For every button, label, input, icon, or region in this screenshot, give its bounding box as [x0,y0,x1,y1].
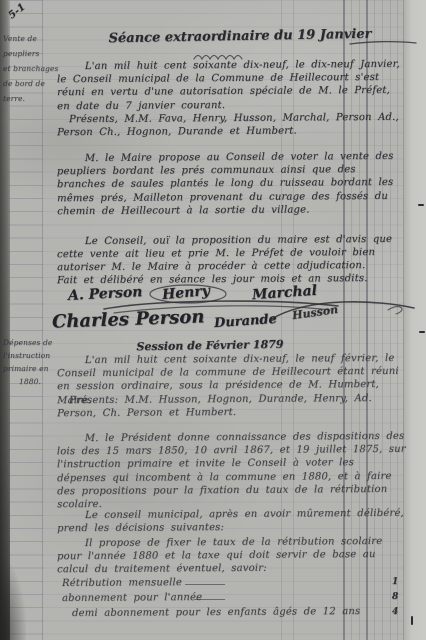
margin-note-line: de bord de terre. [3,76,59,106]
session1-title: Séance extraordinaire du 19 Janvier [100,27,380,47]
margin-note-line: Vente de peupliers [3,31,59,61]
session1-paragraph-opening: L'an mil huit cent soixante dix-neuf, le… [57,58,404,113]
tariff-row-amount: 8 [392,592,398,602]
manuscript-page-scan: 5-1 Vente de peupliers et branchages de … [0,0,426,640]
session1-paragraph-decision: Le Conseil, ouï la proposition du maire … [57,233,407,275]
margin-note-line: et branchages [3,61,59,76]
signature-durande: Durande [214,312,278,331]
signature-henry: Henry [161,283,210,303]
session1-paragraph-proposal: M. le Maire propose au Conseil de voter … [57,150,404,218]
edge-ink-mark [411,616,413,625]
leader-dash [185,584,225,585]
margin-note-line: 1880. [3,375,57,388]
margin-note-line: primaire en [3,362,57,375]
edge-ink-mark [418,204,424,206]
edge-ink-mark [419,331,425,333]
signature-charles-person: Charles Person [52,306,205,332]
tariff-row-amount: 4 [392,607,398,617]
tariff-row-label: abonnement pour l'année [62,590,342,605]
session1-paragraph-present: Présents, M.M. Fava, Henry, Husson, Marc… [57,111,404,140]
margin-note-line: Dépenses de [3,336,57,349]
tariff-row-label: Rétribution mensuelle [62,575,342,590]
session2-paragraph-deliberation: Le conseil municipal, après en avoir mûr… [57,507,404,536]
bottom-left-shadow [0,560,26,640]
tariff-row-label: demi abonnement pour les enfants âgés de… [72,605,362,620]
session2-paragraph-proposal: Il propose de fixer le taux de la rétrib… [57,535,407,577]
leader-dash [195,599,225,600]
session2-paragraph-present: Présents: M.M. Husson, Hognon, Durande, … [57,392,404,421]
margin-note-schooling: Dépenses de l'instruction primaire en 18… [3,336,57,388]
session2-paragraph-laws: M. le Président donne connaissance des d… [57,430,408,512]
margin-note-sale: Vente de peupliers et branchages de bord… [3,31,59,106]
signature-husson: Husson [291,303,338,322]
tariff-row-amount: 1 [392,577,398,587]
margin-note-line: l'instruction [3,349,57,362]
signature-marchal: Marchal [252,283,318,303]
signature-a-person: A. Person [68,284,143,304]
